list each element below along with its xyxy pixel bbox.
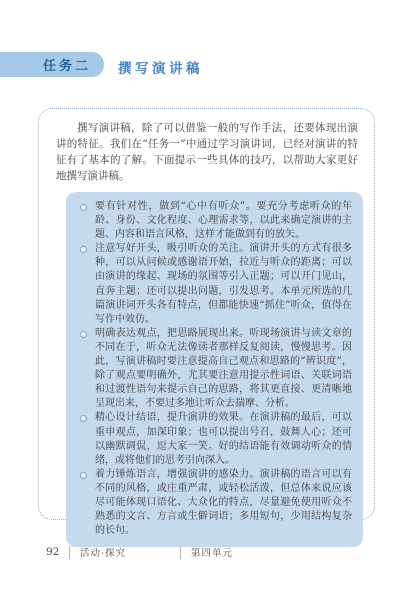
tip-text: 要有针对性，做到“心中有听众”。要充分考虑听众的年龄、身份、文化程度、心理需求等… (95, 200, 357, 242)
task-label: 任务二 (43, 55, 91, 74)
page-footer: 92 活动·探究 第四单元 (46, 545, 233, 559)
tip-text: 着力锤炼语言，增强演讲的感染力。演讲稿的语言可以有不同的风格，或庄重严肃，或轻松… (95, 468, 357, 538)
tip-item: 精心设计结语，提升演讲的效果。在演讲稿的最后，可以重申观点，加深印象；也可以提出… (66, 411, 357, 467)
bullet-ring-icon (80, 331, 87, 338)
bullet-ring-icon (80, 246, 87, 253)
tips-panel: 要有针对性，做到“心中有听众”。要充分考虑听众的年龄、身份、文化程度、心理需求等… (66, 192, 363, 547)
tip-item: 明确表达观点，把思路展现出来。听现场演讲与读文章的不同在于，听众无法像读者那样反… (66, 327, 357, 412)
textbook-page: 任务二 撰写演讲稿 撰写演讲稿，除了可以借鉴一般的写作手法，还要体现出演讲的特征… (0, 0, 415, 592)
footer-unit-label: 第四单元 (191, 545, 233, 559)
tip-text: 注意写好开头，吸引听众的关注。演讲开头的方式有很多种，可以从问候或感谢语开始，拉… (95, 242, 357, 327)
page-number: 92 (46, 546, 60, 558)
intro-paragraph: 撰写演讲稿，除了可以借鉴一般的写作手法，还要体现出演讲的特征。我们在“任务一”中… (56, 120, 358, 184)
bullet-ring-icon (80, 415, 87, 422)
tip-item: 要有针对性，做到“心中有听众”。要充分考虑听众的年龄、身份、文化程度、心理需求等… (66, 200, 357, 242)
bullet-ring-icon (80, 472, 87, 479)
page-title: 撰写演讲稿 (118, 57, 203, 77)
tip-text: 明确表达观点，把思路展现出来。听现场演讲与读文章的不同在于，听众无法像读者那样反… (95, 327, 357, 412)
footer-section-label: 活动·探究 (80, 545, 180, 559)
footer-divider (180, 546, 181, 559)
dotted-tips-box: 撰写演讲稿，除了可以借鉴一般的写作手法，还要体现出演讲的特征。我们在“任务一”中… (38, 108, 375, 520)
tip-item: 着力锤炼语言，增强演讲的感染力。演讲稿的语言可以有不同的风格，或庄重严肃，或轻松… (66, 468, 357, 538)
footer-divider (69, 546, 70, 559)
task-label-pill: 任务二 (0, 52, 104, 77)
tip-item: 注意写好开头，吸引听众的关注。演讲开头的方式有很多种，可以从问候或感谢语开始，拉… (66, 242, 357, 327)
tip-text: 精心设计结语，提升演讲的效果。在演讲稿的最后，可以重申观点，加深印象；也可以提出… (95, 411, 357, 467)
bullet-ring-icon (80, 204, 87, 211)
